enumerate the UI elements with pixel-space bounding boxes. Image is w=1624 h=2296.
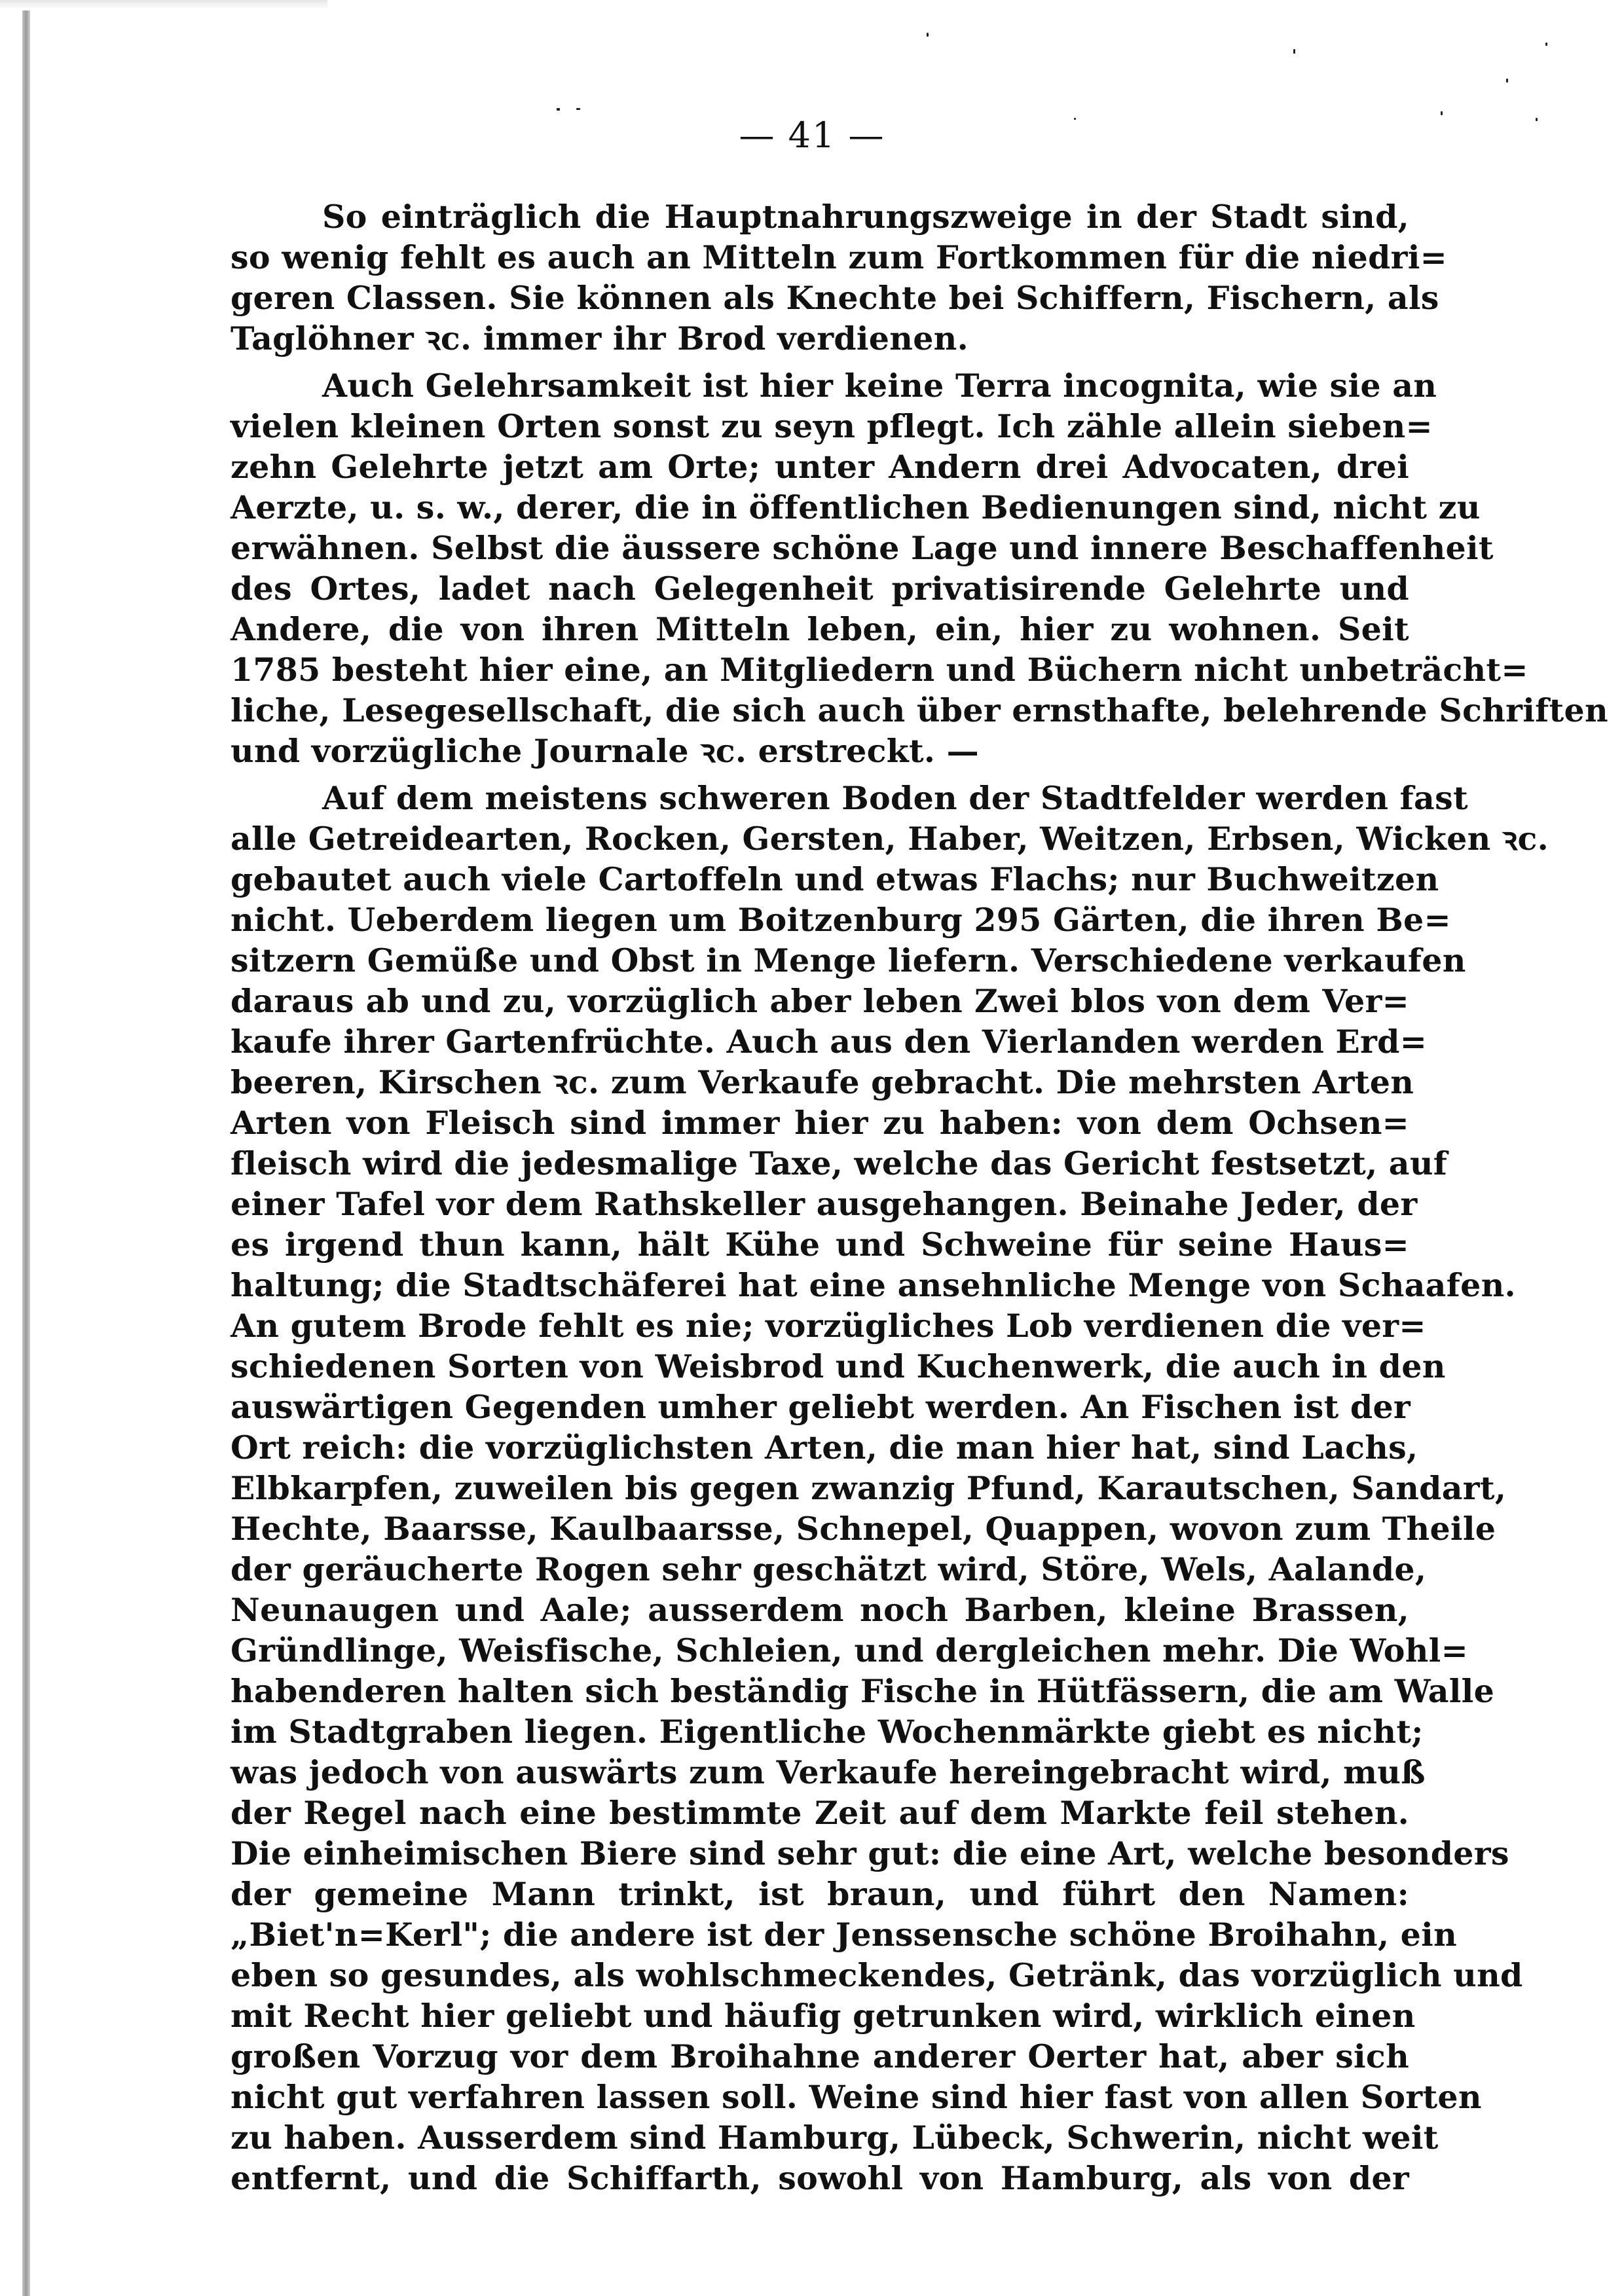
text-line: zu haben. Ausserdem sind Hamburg, Lübeck…	[231, 2117, 1409, 2158]
text-line: eben so gesundes, als wohlschmeckendes, …	[231, 1955, 1409, 1995]
text-line: auswärtigen Gegenden umher geliebt werde…	[231, 1387, 1409, 1427]
paragraph-trade: So einträglich die Hauptnahrungszweige i…	[231, 196, 1409, 359]
scan-speck	[1506, 79, 1508, 82]
text-line: Aerzte, u. s. w., derer, die in öffentli…	[231, 487, 1409, 528]
text-line: was jedoch von auswärts zum Verkaufe her…	[231, 1752, 1409, 1793]
text-line: alle Getreidearten, Rocken, Gersten, Hab…	[231, 818, 1409, 859]
text-line: der gemeine Mann trinkt, ist braun, und …	[231, 1874, 1409, 1914]
text-line: einer Tafel vor dem Rathskeller ausgehan…	[231, 1184, 1409, 1224]
text-line: Neunaugen und Aale; ausserdem noch Barbe…	[231, 1590, 1409, 1630]
text-line: vielen kleinen Orten sonst zu seyn pfleg…	[231, 406, 1409, 446]
paragraph-agriculture-food: Auf dem meistens schweren Boden der Stad…	[231, 778, 1409, 2198]
scan-left-edge-shadow	[22, 10, 30, 2296]
text-line: und vorzügliche Journale ꝛc. erstreckt. …	[231, 731, 1409, 771]
text-line: Taglöhner ꝛc. immer ihr Brod verdienen.	[231, 318, 1409, 359]
scan-speck	[1293, 49, 1295, 54]
scan-speck	[1545, 43, 1547, 46]
text-line: Andere, die von ihren Mitteln leben, ein…	[231, 609, 1409, 649]
text-line: kaufe ihrer Gartenfrüchte. Auch aus den …	[231, 1021, 1409, 1062]
text-line: Auch Gelehrsamkeit ist hier keine Terra …	[231, 365, 1409, 406]
text-line: erwähnen. Selbst die äussere schöne Lage…	[231, 528, 1409, 568]
text-line: gebautet auch viele Cartoffeln und etwas…	[231, 859, 1409, 900]
text-line: beeren, Kirschen ꝛc. zum Verkaufe gebrac…	[231, 1062, 1409, 1102]
text-line: daraus ab und zu, vorzüglich aber leben …	[231, 981, 1409, 1021]
text-line: des Ortes, ladet nach Gelegenheit privat…	[231, 568, 1409, 609]
text-line: „Biet'n=Kerl"; die andere ist der Jensse…	[231, 1914, 1409, 1955]
text-line: So einträglich die Hauptnahrungszweige i…	[231, 196, 1409, 237]
paragraph-scholarship: Auch Gelehrsamkeit ist hier keine Terra …	[231, 365, 1409, 771]
text-line: so wenig fehlt es auch an Mitteln zum Fo…	[231, 237, 1409, 278]
scan-speck	[927, 33, 929, 37]
text-line: zehn Gelehrte jetzt am Orte; unter Ander…	[231, 446, 1409, 487]
text-line: 1785 besteht hier eine, an Mitgliedern u…	[231, 649, 1409, 690]
body-text: So einträglich die Hauptnahrungszweige i…	[231, 196, 1409, 2198]
text-line: An gutem Brode fehlt es nie; vorzügliche…	[231, 1305, 1409, 1346]
text-line: mit Recht hier geliebt und häufig getrun…	[231, 1995, 1409, 2036]
scan-speck	[576, 108, 580, 110]
text-line: der geräucherte Rogen sehr geschätzt wir…	[231, 1549, 1409, 1590]
text-line: Ort reich: die vorzüglichsten Arten, die…	[231, 1427, 1409, 1468]
text-line: großen Vorzug vor dem Broihahne anderer …	[231, 2036, 1409, 2077]
text-line: im Stadtgraben liegen. Eigentliche Woche…	[231, 1711, 1409, 1752]
text-line: fleisch wird die jedesmalige Taxe, welch…	[231, 1143, 1409, 1184]
scan-top-edge-shadow	[0, 0, 327, 9]
scan-speck	[557, 108, 560, 111]
text-line: Die einheimischen Biere sind sehr gut: d…	[231, 1833, 1409, 1874]
text-line: Elbkarpfen, zuweilen bis gegen zwanzig P…	[231, 1468, 1409, 1508]
text-line: Gründlinge, Weisfische, Schleien, und de…	[231, 1630, 1409, 1671]
text-line: Auf dem meistens schweren Boden der Stad…	[231, 778, 1409, 818]
text-line: schiedenen Sorten von Weisbrod und Kuche…	[231, 1346, 1409, 1387]
text-line: habenderen halten sich beständig Fische …	[231, 1671, 1409, 1711]
text-line: geren Classen. Sie können als Knechte be…	[231, 278, 1409, 318]
text-line: es irgend thun kann, hält Kühe und Schwe…	[231, 1224, 1409, 1265]
text-line: nicht. Ueberdem liegen um Boitzenburg 29…	[231, 900, 1409, 940]
page-number: — 41 —	[0, 115, 1624, 156]
text-line: nicht gut verfahren lassen soll. Weine s…	[231, 2077, 1409, 2117]
text-line: entfernt, und die Schiffarth, sowohl von…	[231, 2158, 1409, 2198]
text-line: Arten von Fleisch sind immer hier zu hab…	[231, 1102, 1409, 1143]
text-line: haltung; die Stadtschäferei hat eine ans…	[231, 1265, 1409, 1305]
text-line: sitzern Gemüße und Obst in Menge liefern…	[231, 940, 1409, 981]
text-line: der Regel nach eine bestimmte Zeit auf d…	[231, 1793, 1409, 1833]
text-line: liche, Lesegesellschaft, die sich auch ü…	[231, 690, 1409, 731]
text-line: Hechte, Baarsse, Kaulbaarsse, Schnepel, …	[231, 1508, 1409, 1549]
